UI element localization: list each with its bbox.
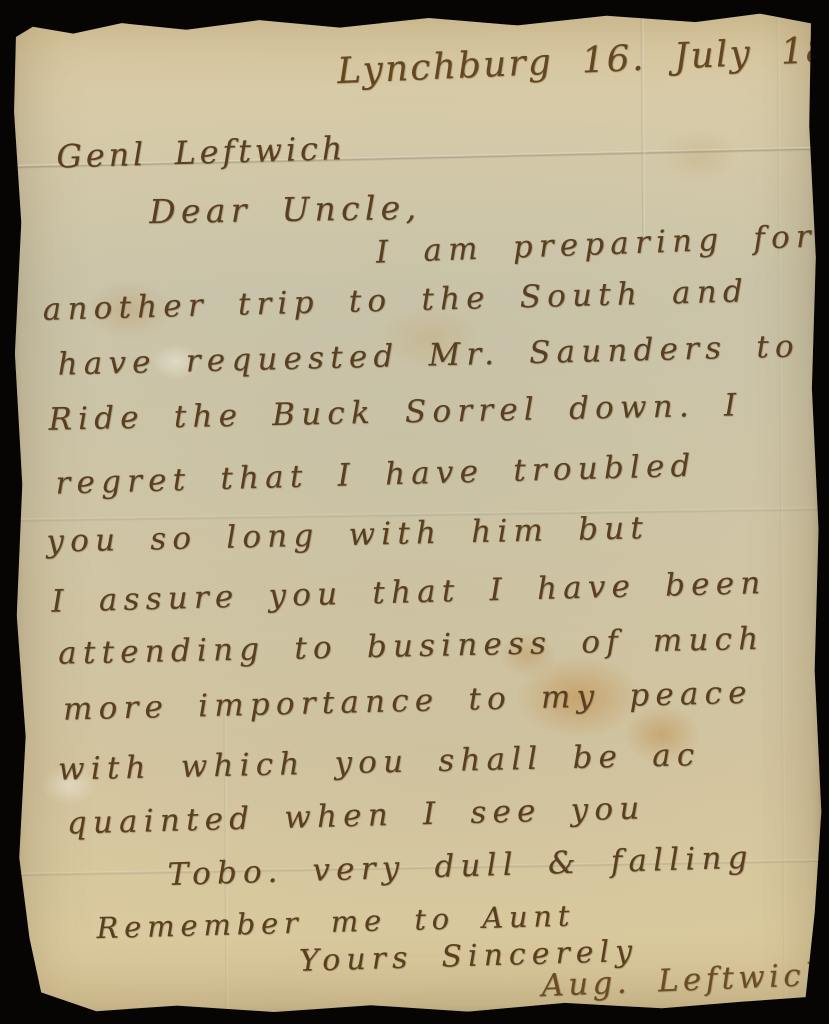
body-line: another trip to the South and <box>42 273 749 327</box>
body-line: quainted when I see you <box>66 790 645 841</box>
body-line: more importance to my peace <box>63 675 753 728</box>
body-line: attending to business of much <box>58 621 765 672</box>
body-line: Ride the Buck Sorrel down. I <box>48 387 743 438</box>
letter-scan-scene: Lynchburg 16. July 1818 Genl Leftwich De… <box>0 0 829 1024</box>
body-line: with which you shall be ac <box>58 737 701 788</box>
body-line: you so long with him but <box>46 510 649 560</box>
addressee-line: Genl Leftwich <box>56 129 347 176</box>
handwriting-layer: Lynchburg 16. July 1818 Genl Leftwich De… <box>4 2 828 1023</box>
body-line: regret that I have troubled <box>55 448 697 502</box>
body-line: have requested Mr. Saunders to <box>57 328 800 382</box>
dateline: Lynchburg 16. July 1818 <box>336 27 829 92</box>
body-line: I assure you that I have been <box>51 565 767 620</box>
letter-paper: Lynchburg 16. July 1818 Genl Leftwich De… <box>8 5 823 1019</box>
salutation-line: Dear Uncle, <box>149 188 422 231</box>
market-note-line: Tobo. very dull & falling <box>167 840 754 893</box>
body-opening-line: I am preparing for <box>375 218 817 270</box>
